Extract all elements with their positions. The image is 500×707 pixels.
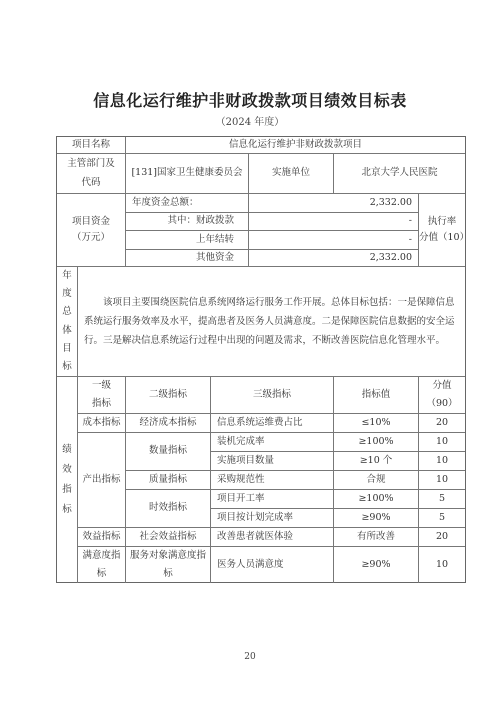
indicator-row-4-value: ≥100% xyxy=(334,490,419,509)
project-name-label: 项目名称 xyxy=(57,137,126,154)
annual-goal-text: 该项目主要围绕医院信息系统网络运行服务工作开展。总体目标包括：一是保障信息系统运… xyxy=(78,267,465,377)
goal-label-char: 年 xyxy=(62,267,72,285)
dept-value: [131]国家卫生健康委员会 xyxy=(126,154,249,194)
indicator-row-4-score: 5 xyxy=(419,490,465,509)
header-level3: 三级指标 xyxy=(211,377,334,414)
funding-row-other-value: 2,332.00 xyxy=(249,250,419,267)
performance-indicators-label: 绩 效 指 标 xyxy=(57,377,78,583)
header-score: 分值（90） xyxy=(419,377,465,414)
exec-rate-score: 执行率 分值（10） xyxy=(419,194,465,267)
dept-label: 主管部门及代码 xyxy=(57,154,126,194)
indicator-row-5-value: ≥90% xyxy=(334,509,419,528)
funding-label: 项目资金 （万元） xyxy=(57,194,126,267)
goal-label-char: 目 xyxy=(62,340,72,358)
indicator-row-2-score: 10 xyxy=(419,452,465,471)
indicator-row-5-score: 5 xyxy=(419,509,465,528)
indicator-row-2-value: ≥10 个 xyxy=(334,452,419,471)
indicator-row-0-name: 信息系统运维费占比 xyxy=(211,414,334,433)
perf-label-char: 效 xyxy=(62,460,72,480)
funding-row-total-value: 2,332.00 xyxy=(249,194,419,213)
exec-rate-score-label: 分值（10） xyxy=(419,230,465,246)
level2-social-benefit: 社会效益指标 xyxy=(126,528,211,547)
document-subtitle: （2024 年度） xyxy=(0,113,500,128)
level1-satisfaction: 满意度指标 xyxy=(78,547,126,583)
impl-unit-label: 实施单位 xyxy=(249,154,334,194)
funding-row-fiscal-value: - xyxy=(249,213,419,231)
indicator-row-0-value: ≤10% xyxy=(334,414,419,433)
dept-label-text: 主管部门及代码 xyxy=(63,155,119,191)
header-level1-text: 一级指标 xyxy=(88,377,115,413)
indicator-row-5-name: 项目按计划完成率 xyxy=(211,509,334,528)
level2-service-satisfaction: 服务对象满意度指标 xyxy=(126,547,211,583)
funding-row-total-label: 年度资金总额： xyxy=(126,194,249,213)
indicator-row-3-value: 合规 xyxy=(334,471,419,490)
performance-target-table: 项目名称 信息化运行维护非财政拨款项目 主管部门及代码 [131]国家卫生健康委… xyxy=(56,136,466,583)
funding-label-line2: （万元） xyxy=(72,230,110,246)
level2-timeliness: 时效指标 xyxy=(126,490,211,528)
exec-rate-label: 执行率 xyxy=(428,214,457,230)
indicator-row-6-score: 20 xyxy=(419,528,465,547)
annual-goal-label: 年 度 总 体 目 标 xyxy=(57,267,78,377)
indicator-row-1-value: ≥100% xyxy=(334,433,419,452)
indicator-row-3-name: 采购规范性 xyxy=(211,471,334,490)
level1-satisfaction-text: 满意度指标 xyxy=(81,547,122,583)
funding-row-other-label: 其他资金 xyxy=(126,250,249,267)
level2-quality: 质量指标 xyxy=(126,471,211,490)
header-level2: 二级指标 xyxy=(126,377,211,414)
goal-label-char: 体 xyxy=(62,322,72,340)
indicator-row-6-value: 有所改善 xyxy=(334,528,419,547)
indicator-row-3-score: 10 xyxy=(419,471,465,490)
indicator-row-7-value: ≥90% xyxy=(334,547,419,583)
funding-label-line1: 项目资金 xyxy=(72,214,110,230)
indicator-row-1-name: 装机完成率 xyxy=(211,433,334,452)
header-value: 指标值 xyxy=(334,377,419,414)
level2-quantity: 数量指标 xyxy=(126,433,211,471)
level1-benefit: 效益指标 xyxy=(78,528,126,547)
perf-label-char: 标 xyxy=(62,500,72,520)
indicator-row-7-score: 10 xyxy=(419,547,465,583)
page-number: 20 xyxy=(0,652,500,662)
document-title: 信息化运行维护非财政拨款项目绩效目标表 xyxy=(0,88,500,111)
perf-label-char: 绩 xyxy=(62,440,72,460)
indicator-row-4-name: 项目开工率 xyxy=(211,490,334,509)
indicator-row-2-name: 实施项目数量 xyxy=(211,452,334,471)
indicator-row-7-name: 医务人员满意度 xyxy=(211,547,334,583)
goal-label-char: 度 xyxy=(62,285,72,303)
goal-label-char: 总 xyxy=(62,303,72,321)
perf-label-char: 指 xyxy=(62,480,72,500)
level1-output: 产出指标 xyxy=(78,433,126,528)
goal-label-char: 标 xyxy=(62,358,72,376)
funding-row-carryover-label: 上年结转 xyxy=(126,231,249,250)
indicator-row-0-score: 20 xyxy=(419,414,465,433)
funding-row-carryover-value: - xyxy=(249,231,419,250)
indicator-row-6-name: 改善患者就医体验 xyxy=(211,528,334,547)
indicator-row-1-score: 10 xyxy=(419,433,465,452)
funding-row-fiscal-label: 其中：财政拨款 xyxy=(126,213,249,231)
header-score-text: 分值（90） xyxy=(426,377,457,413)
impl-unit-value: 北京大学人民医院 xyxy=(334,154,465,194)
project-name-value: 信息化运行维护非财政拨款项目 xyxy=(126,137,465,154)
level2-service-satisfaction-text: 服务对象满意度指标 xyxy=(130,547,206,583)
header-level1: 一级指标 xyxy=(78,377,126,414)
level2-economic-cost: 经济成本指标 xyxy=(126,414,211,433)
level1-cost: 成本指标 xyxy=(78,414,126,433)
goal-text: 该项目主要围绕医院信息系统网络运行服务工作开展。总体目标包括：一是保障信息系统运… xyxy=(84,293,459,350)
